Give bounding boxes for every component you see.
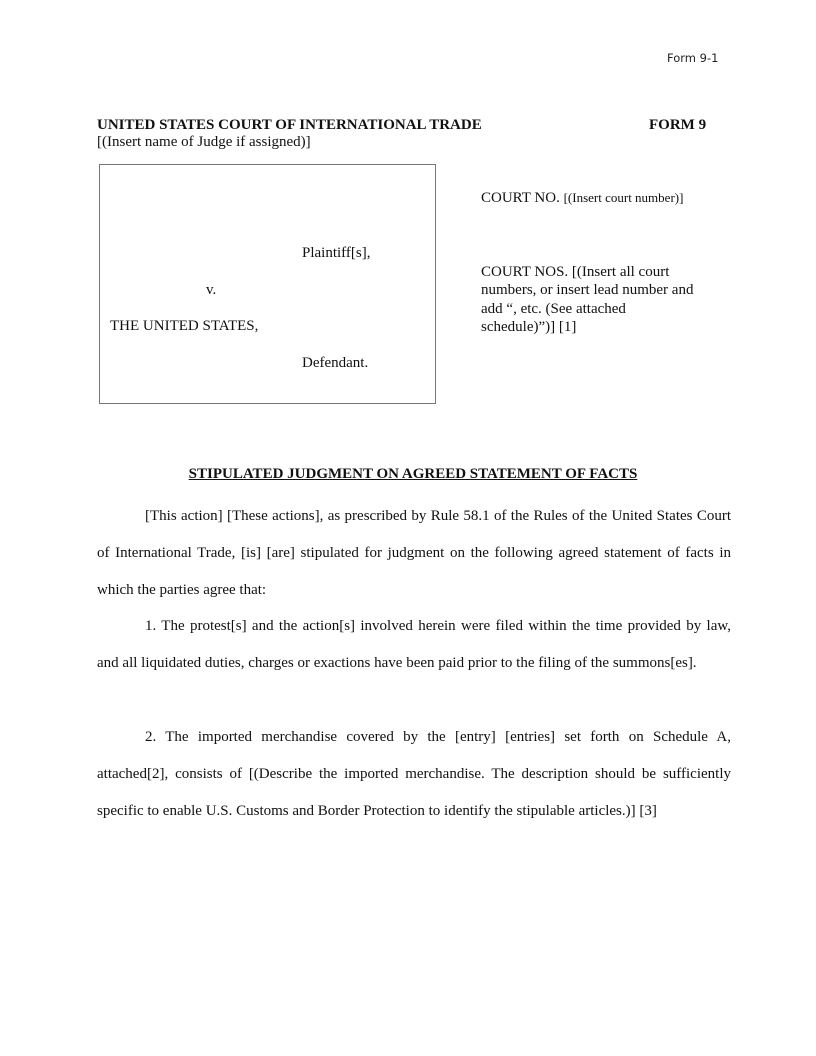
court-number: COURT NO. [(Insert court number)] bbox=[481, 190, 683, 207]
court-number-placeholder: [(Insert court number)] bbox=[564, 190, 684, 205]
page-number-label: Form 9-1 bbox=[667, 51, 718, 65]
plaintiff-label: Plaintiff[s], bbox=[302, 245, 370, 262]
paragraph-text: [This action] [These actions], as prescr… bbox=[97, 498, 731, 608]
defendant-label: Defendant. bbox=[302, 355, 368, 372]
paragraph-2: 2. The imported merchandise covered by t… bbox=[97, 719, 731, 829]
court-numbers-block: COURT NOS. [(Insert all court numbers, o… bbox=[481, 263, 701, 336]
case-caption-box: Plaintiff[s], v. THE UNITED STATES, Defe… bbox=[99, 164, 436, 404]
form-number: FORM 9 bbox=[649, 117, 706, 134]
document-heading: STIPULATED JUDGMENT ON AGREED STATEMENT … bbox=[0, 466, 816, 483]
court-number-label: COURT NO. bbox=[481, 190, 564, 206]
intro-paragraph: [This action] [These actions], as prescr… bbox=[97, 498, 731, 608]
paragraph-text: 1. The protest[s] and the action[s] invo… bbox=[97, 608, 731, 682]
versus-label: v. bbox=[206, 282, 216, 299]
defendant-name: THE UNITED STATES, bbox=[110, 318, 258, 335]
judge-placeholder: [(Insert name of Judge if assigned)] bbox=[97, 134, 311, 151]
paragraph-1: 1. The protest[s] and the action[s] invo… bbox=[97, 608, 731, 682]
court-title: UNITED STATES COURT OF INTERNATIONAL TRA… bbox=[97, 117, 482, 134]
paragraph-text: 2. The imported merchandise covered by t… bbox=[97, 719, 731, 829]
